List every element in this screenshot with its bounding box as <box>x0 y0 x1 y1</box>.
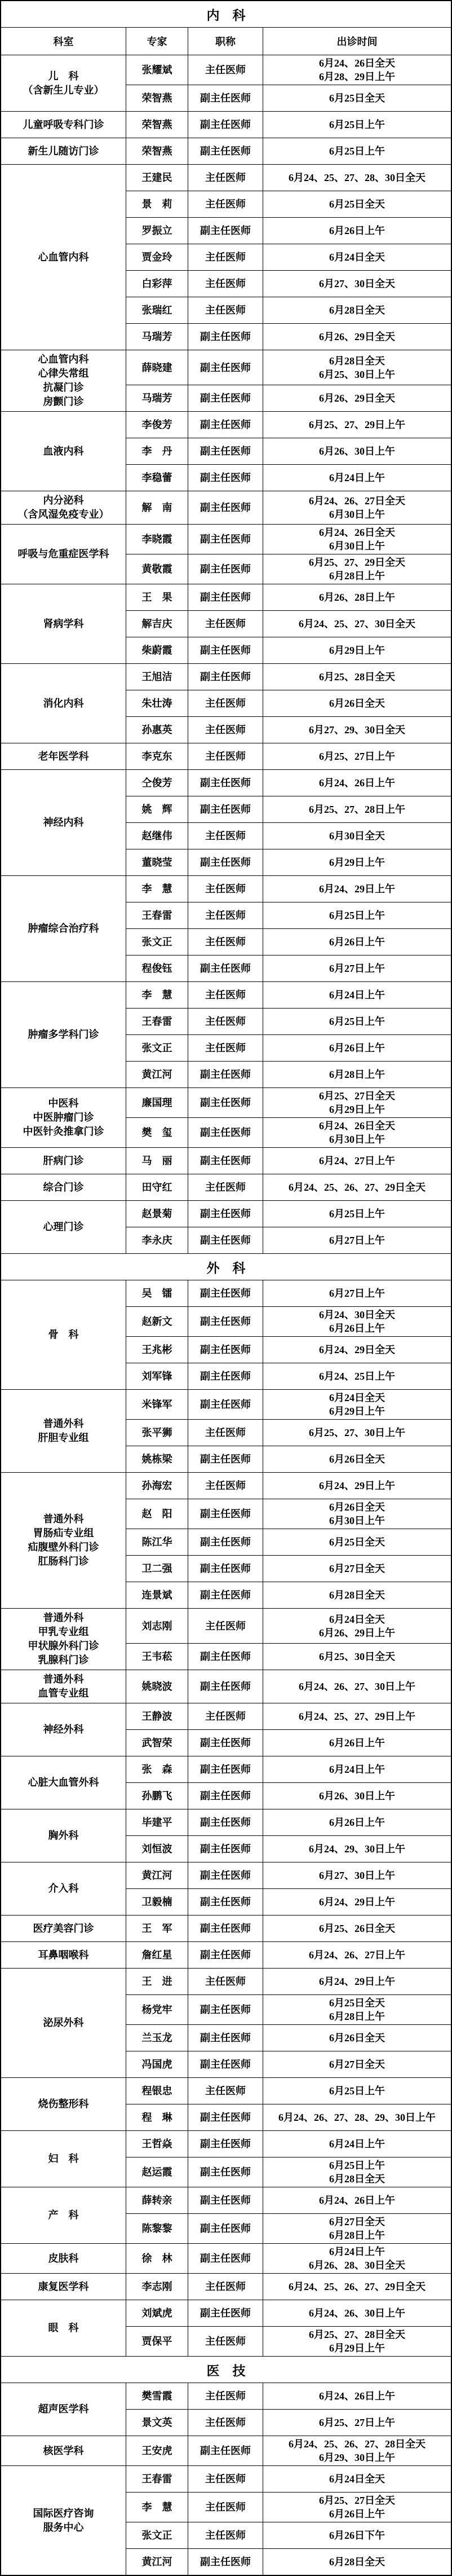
department-cell: 血液内科 <box>1 412 126 491</box>
column-header-cell: 职称 <box>188 28 263 55</box>
doctor-rows: 徐 林副主任医师6月24日上午6月26、28、30日全天 <box>126 2244 451 2273</box>
doctor-row: 程俊钰副主任医师6月27日上午 <box>126 955 451 981</box>
doctor-name: 卫毅楠 <box>126 1889 188 1915</box>
department-group: 心血管内科心律失常组抗凝门诊房颤门诊薛晓建副主任医师6月28日全天6月25、30… <box>1 350 451 411</box>
doctor-name: 卫二强 <box>126 1556 188 1582</box>
doctor-name: 赵 阳 <box>126 1499 188 1529</box>
doctor-row: 赵 阳副主任医师6月26日全天6月30日上午 <box>126 1499 451 1529</box>
doctor-title: 副主任医师 <box>188 1201 263 1227</box>
department-group: 新生儿随访门诊荣智燕副主任医师6月25日上午 <box>1 138 451 164</box>
visit-time: 6月24、26日全天6月28、29日上午 <box>263 55 451 85</box>
visit-time: 6月25、27、28日上午 <box>263 796 451 822</box>
visit-time: 6月25、26日全天 <box>263 1916 451 1941</box>
doctor-row: 王春雷主任医师6月24日全天 <box>126 2466 451 2492</box>
doctor-name: 孙海宏 <box>126 1473 188 1499</box>
doctor-row: 解吉庆主任医师6月24、25、27、30日全天 <box>126 610 451 637</box>
department-cell: 心脏大血管外科 <box>1 1756 126 1809</box>
doctor-row: 张文正主任医师6月26日上午 <box>126 928 451 955</box>
department-label-line: 产 科 <box>48 2208 79 2222</box>
visit-time-line: 6月24、25、26、27、28日全天 <box>289 2437 426 2451</box>
visit-time-line: 6月26、28日上午 <box>319 591 395 604</box>
department-group: 心血管内科王建民主任医师6月24、25、27、28、30日全天景 莉主任医师6月… <box>1 164 451 350</box>
doctor-name: 程俊钰 <box>126 955 188 981</box>
visit-time-line: 6月24、29日上午 <box>319 1895 395 1909</box>
visit-time: 6月24日全天 <box>263 244 451 270</box>
doctor-name: 姚晓波 <box>126 1670 188 1703</box>
doctor-name: 王哲焱 <box>126 2131 188 2157</box>
doctor-name: 贾金玲 <box>126 244 188 270</box>
visit-time-line: 6月24日全天 <box>329 2472 385 2486</box>
visit-time-line: 6月27日全天 <box>329 1562 385 1575</box>
visit-time: 6月24、25、27、30日全天 <box>263 611 451 637</box>
visit-time-line: 6月25、30日上午 <box>319 368 395 381</box>
visit-time-line: 6月25、27、29日上午 <box>309 418 405 431</box>
visit-time-line: 6月25日上午 <box>329 1015 385 1028</box>
visit-time: 6月24、25、26、27、29日全天 <box>263 1174 451 1200</box>
doctor-name: 程 琳 <box>126 2104 188 2130</box>
department-group: 呼吸与危重症医学科李晓霞副主任医师6月24、26日全天6月30日上午黄敬霞副主任… <box>1 524 451 584</box>
doctor-name: 王春雷 <box>126 1009 188 1034</box>
visit-time: 6月25日上午 <box>263 1009 451 1034</box>
visit-time: 6月28日上午 <box>263 1062 451 1087</box>
doctor-title: 副主任医师 <box>188 637 263 663</box>
visit-time-line: 6月28日全天 <box>329 1588 385 1602</box>
doctor-name: 米锋军 <box>126 1390 188 1419</box>
doctor-rows: 荣智燕副主任医师6月25日上午 <box>126 112 451 138</box>
visit-time-line: 6月27日上午 <box>329 962 385 975</box>
visit-time-line: 6月24日上午 <box>329 1763 385 1776</box>
doctor-title: 主任医师 <box>188 244 263 270</box>
visit-time: 6月26日下午 <box>263 2522 451 2548</box>
doctor-name: 白彩萍 <box>126 271 188 297</box>
visit-time: 6月25日上午6月28日全天 <box>263 2157 451 2187</box>
visit-time-line: 6月29日上午 <box>329 856 385 869</box>
doctor-title: 副主任医师 <box>188 1783 263 1809</box>
doctor-title: 副主任医师 <box>188 554 263 584</box>
doctor-row: 孙鹏飞副主任医师6月26、30日上午 <box>126 1782 451 1809</box>
doctor-title: 主任医师 <box>188 165 263 191</box>
visit-time-line: 6月25、27、28日上午 <box>309 803 405 816</box>
visit-time-line: 6月29日上午 <box>329 1103 385 1116</box>
department-label-line: 肿瘤多学科门诊 <box>28 1028 99 1042</box>
visit-time-line: 6月25、30日全天 <box>319 1650 395 1663</box>
department-label-line: 心脏大血管外科 <box>28 1776 99 1790</box>
visit-time-line: 6月24、26、27日上午 <box>309 1948 405 1962</box>
doctor-rows: 薛转亲副主任医师6月24、26日上午陈黎黎副主任医师6月27日全天6月28日上午 <box>126 2187 451 2243</box>
doctor-name: 王静波 <box>126 1703 188 1729</box>
doctor-title: 副主任医师 <box>188 2300 263 2326</box>
department-label-line: 介入科 <box>48 1882 79 1896</box>
department-cell: 心血管内科心律失常组抗凝门诊房颤门诊 <box>1 350 126 411</box>
department-label-line: 内分泌科 <box>43 494 84 508</box>
visit-time: 6月24日上午 <box>263 1756 451 1782</box>
doctor-row: 赵运霞副主任医师6月25日上午6月28日全天 <box>126 2157 451 2187</box>
doctor-name: 王建民 <box>126 165 188 191</box>
doctor-row: 刘志刚主任医师6月24日全天6月26、29日上午 <box>126 1609 451 1643</box>
department-cell: 消化内科 <box>1 664 126 743</box>
visit-time-line: 6月26日全天 <box>329 1500 385 1514</box>
visit-time-line: 6月24、25、26、27、29日全天 <box>289 2280 426 2293</box>
doctor-title: 副主任医师 <box>188 2187 263 2213</box>
doctor-title: 副主任医师 <box>188 2549 263 2575</box>
doctor-row: 张文正主任医师6月26日上午 <box>126 1034 451 1061</box>
doctor-row: 王 军副主任医师6月25、26日全天 <box>126 1916 451 1941</box>
department-group: 综合门诊田守红主任医师6月24、25、26、27、29日全天 <box>1 1174 451 1200</box>
doctor-row: 詹红星副主任医师6月24、26、27日上午 <box>126 1942 451 1968</box>
doctor-row: 贾金玲主任医师6月24日全天 <box>126 244 451 270</box>
doctor-row: 毕建平副主任医师6月26日上午 <box>126 1809 451 1835</box>
visit-time: 6月24、26、30日上午 <box>263 2300 451 2326</box>
department-cell: 普通外科胃肠疝专业组疝腹壁外科门诊肛肠科门诊 <box>1 1473 126 1608</box>
visit-time: 6月24、29日全天 <box>263 1337 451 1363</box>
doctor-title: 副主任医师 <box>188 438 263 464</box>
department-cell: 心理门诊 <box>1 1201 126 1253</box>
department-group: 普通外科甲乳专业组甲状腺外科门诊乳腺科门诊刘志刚主任医师6月24日全天6月26、… <box>1 1608 451 1670</box>
department-cell: 胸外科 <box>1 1809 126 1862</box>
doctor-title: 主任医师 <box>188 823 263 849</box>
doctor-row: 荣智燕副主任医师6月25日上午 <box>126 112 451 138</box>
doctor-row: 柴蔚霞副主任医师6月29日上午 <box>126 637 451 663</box>
department-label-line: 康复医学科 <box>38 2280 89 2294</box>
visit-time-line: 6月26日全天 <box>329 2031 385 2045</box>
department-label-line: 肾病学科 <box>43 617 84 631</box>
doctor-name: 李 慧 <box>126 2493 188 2522</box>
doctor-name: 李 丹 <box>126 438 188 464</box>
doctor-name: 景文英 <box>126 2410 188 2436</box>
doctor-rows: 李俊芳副主任医师6月25、27、29日上午李 丹副主任医师6月26、30日上午李… <box>126 412 451 491</box>
visit-time-line: 6月28日上午 <box>329 2010 385 2023</box>
doctor-name: 景 莉 <box>126 191 188 217</box>
department-label-line: 普通外科 <box>43 1611 84 1625</box>
doctor-name: 王 军 <box>126 1916 188 1941</box>
doctor-title: 副主任医师 <box>188 1390 263 1419</box>
doctor-name: 解 南 <box>126 491 188 524</box>
doctor-title: 副主任医师 <box>188 1809 263 1835</box>
department-group: 妇 科王哲焱副主任医师6月24日上午赵运霞副主任医师6月25日上午6月28日全天 <box>1 2130 451 2187</box>
doctor-name: 马 丽 <box>126 1148 188 1174</box>
doctor-name: 张平狮 <box>126 1420 188 1446</box>
doctor-name: 冯国虎 <box>126 2051 188 2077</box>
visit-time: 6月24、26日上午 <box>263 2187 451 2213</box>
doctor-title: 副主任医师 <box>188 770 263 796</box>
department-cell: 中医科中医肿瘤门诊中医针灸推拿门诊 <box>1 1088 126 1147</box>
department-cell: 新生儿随访门诊 <box>1 138 126 164</box>
department-group: 血液内科李俊芳副主任医师6月25、27、29日上午李 丹副主任医师6月26、30… <box>1 411 451 491</box>
visit-time-line: 6月24、26、27、28、29、30日上午 <box>278 2111 436 2124</box>
doctor-title: 副主任医师 <box>188 1582 263 1608</box>
visit-time: 6月24、29日上午 <box>263 1969 451 1994</box>
department-label-line: 肛肠科门诊 <box>38 1555 89 1569</box>
visit-time: 6月24、25日上午 <box>263 1363 451 1389</box>
doctor-row: 王建民主任医师6月24、25、27、28、30日全天 <box>126 165 451 191</box>
doctor-rows: 张 森副主任医师6月24日上午孙鹏飞副主任医师6月26、30日上午 <box>126 1756 451 1809</box>
visit-time: 6月25、27、29日全天6月28日上午 <box>263 554 451 584</box>
doctor-name: 赵新文 <box>126 1307 188 1336</box>
visit-time: 6月24日全天 <box>263 2466 451 2492</box>
department-group: 肿瘤综合治疗科李 慧主任医师6月24、29日上午王春雷主任医师6月25日上午张文… <box>1 875 451 981</box>
visit-time: 6月26日上午 <box>263 1809 451 1835</box>
doctor-title: 副主任医师 <box>188 2244 263 2273</box>
doctor-row: 李稳蕾副主任医师6月24日上午 <box>126 464 451 491</box>
doctor-row: 姚 辉副主任医师6月25、27、28日上午 <box>126 796 451 822</box>
doctor-name: 王 果 <box>126 584 188 610</box>
doctor-row: 冯国虎副主任医师6月27日全天 <box>126 2051 451 2077</box>
department-cell: 肝病门诊 <box>1 1148 126 1174</box>
department-group: 产 科薛转亲副主任医师6月24、26日上午陈黎黎副主任医师6月27日全天6月28… <box>1 2187 451 2243</box>
doctor-rows: 吴 镭副主任医师6月27日上午赵新文副主任医师6月24、30日全天6月26日上午… <box>126 1280 451 1389</box>
doctor-title: 主任医师 <box>188 55 263 85</box>
doctor-name: 刘志刚 <box>126 1609 188 1643</box>
doctor-row: 刘斌虎副主任医师6月24、26、30日上午 <box>126 2300 451 2326</box>
doctor-rows: 仝俊芳副主任医师6月24、26日上午姚 辉副主任医师6月25、27、28日上午赵… <box>126 770 451 875</box>
doctor-name: 兰玉龙 <box>126 2025 188 2051</box>
doctor-title: 副主任医师 <box>188 218 263 244</box>
visit-time-line: 6月24、26日上午 <box>319 2194 395 2207</box>
department-group: 介入科黄江河副主任医师6月27、30日上午卫毅楠副主任医师6月24、29日上午 <box>1 1862 451 1915</box>
doctor-name: 武智荣 <box>126 1730 188 1756</box>
department-group: 核医学科王安虎副主任医师6月24、25、26、27、28日全天6月29、30日上… <box>1 2436 451 2465</box>
doctor-name: 赵继伟 <box>126 823 188 849</box>
doctor-title: 副主任医师 <box>188 1916 263 1941</box>
department-label-line: 儿 科 <box>48 69 79 83</box>
department-label-line: 中医针灸推拿门诊 <box>23 1125 104 1139</box>
department-cell: 心血管内科 <box>1 165 126 350</box>
visit-time: 6月24、26、27日上午 <box>263 1942 451 1968</box>
doctor-title: 副主任医师 <box>188 1836 263 1862</box>
department-cell: 老年医学科 <box>1 743 126 769</box>
doctor-title: 主任医师 <box>188 2327 263 2356</box>
department-group: 普通外科肝胆专业组米锋军副主任医师6月24日全天6月29日上午张平狮主任医师6月… <box>1 1389 451 1472</box>
visit-time: 6月24、26、27日全天6月30日上午 <box>263 491 451 524</box>
visit-time: 6月26、28日上午 <box>263 584 451 610</box>
department-label-line: 中医科 <box>48 1097 79 1111</box>
visit-time: 6月25日全天 <box>263 191 451 217</box>
doctor-name: 张瑞红 <box>126 297 188 323</box>
doctor-title: 主任医师 <box>188 1473 263 1499</box>
department-label-line: 甲状腺外科门诊 <box>28 1639 99 1653</box>
visit-time: 6月26日全天 <box>263 2025 451 2051</box>
visit-time: 6月27日上午 <box>263 1280 451 1306</box>
visit-time-line: 6月25日上午 <box>329 2084 385 2098</box>
visit-time: 6月24日上午 <box>263 982 451 1008</box>
doctor-name: 孙鹏飞 <box>126 1783 188 1809</box>
department-group: 国际医疗咨询服务中心王春雷主任医师6月24日全天李 慧主任医师6月25、27日全… <box>1 2465 451 2575</box>
department-label-line: 肝胆专业组 <box>38 1431 89 1445</box>
visit-time: 6月25日上午 <box>263 1201 451 1227</box>
doctor-title: 主任医师 <box>188 929 263 955</box>
doctor-rows: 詹红星副主任医师6月24、26、27日上午 <box>126 1942 451 1968</box>
visit-time-line: 6月24、25、27、28、30日全天 <box>289 171 426 184</box>
visit-time-line: 6月24日上午 <box>329 2245 385 2258</box>
doctor-row: 马瑞芳副主任医师6月26、29日全天 <box>126 385 451 411</box>
doctor-name: 程银忠 <box>126 2078 188 2104</box>
doctor-title: 副主任医师 <box>188 1995 263 2024</box>
department-cell: 肿瘤综合治疗科 <box>1 876 126 981</box>
visit-time-line: 6月25日全天 <box>329 1996 385 2010</box>
doctor-title: 副主任医师 <box>188 525 263 554</box>
doctor-rows: 王春雷主任医师6月24日全天李 慧主任医师6月25、27日全天6月26日上午张文… <box>126 2466 451 2575</box>
doctor-name: 荣智燕 <box>126 85 188 111</box>
department-group: 皮肤科徐 林副主任医师6月24日上午6月26、28、30日全天 <box>1 2243 451 2273</box>
doctor-row: 孙惠英主任医师6月27、29、30日全天 <box>126 716 451 743</box>
doctor-title: 副主任医师 <box>188 465 263 491</box>
department-cell: 康复医学科 <box>1 2274 126 2300</box>
doctor-title: 副主任医师 <box>188 138 263 164</box>
visit-time: 6月24日全天6月29日上午 <box>263 1390 451 1419</box>
visit-time-line: 6月25日全天 <box>329 91 385 105</box>
doctor-row: 刘军锋副主任医师6月24、25日上午 <box>126 1363 451 1389</box>
doctor-title: 副主任医师 <box>188 1148 263 1174</box>
doctor-name: 王 进 <box>126 1969 188 1994</box>
doctor-name: 樊雪霞 <box>126 2383 188 2409</box>
doctor-row: 朱壮涛主任医师6月26日全天 <box>126 690 451 716</box>
department-label-line: 服务中心 <box>43 2521 84 2535</box>
doctor-rows: 米锋军副主任医师6月24日全天6月29日上午张平狮主任医师6月25、27、30日… <box>126 1390 451 1472</box>
visit-time: 6月24、25、27、29日上午 <box>263 1703 451 1729</box>
department-label-line: 耳鼻咽喉科 <box>38 1948 89 1962</box>
doctor-row: 米锋军副主任医师6月24日全天6月29日上午 <box>126 1390 451 1419</box>
doctor-title: 副主任医师 <box>188 2051 263 2077</box>
doctor-row: 张文正主任医师6月26日下午 <box>126 2522 451 2548</box>
visit-time: 6月25、28日全天 <box>263 664 451 690</box>
doctor-name: 黄江河 <box>126 2549 188 2575</box>
doctor-title: 副主任医师 <box>188 1756 263 1782</box>
visit-time-line: 6月24、29日上午 <box>319 882 395 896</box>
department-label-line: 综合门诊 <box>43 1181 84 1195</box>
doctor-name: 徐 林 <box>126 2244 188 2273</box>
department-label-line: 甲乳专业组 <box>38 1625 89 1639</box>
department-label-line: 皮肤科 <box>48 2252 79 2266</box>
doctor-row: 景 莉主任医师6月25日全天 <box>126 191 451 217</box>
section-title: 医 技 <box>1 2356 451 2383</box>
doctor-name: 黄敬霞 <box>126 554 188 584</box>
department-label-line: 普通外科 <box>43 1512 84 1526</box>
doctor-title: 主任医师 <box>188 611 263 637</box>
doctor-row: 董晓莹副主任医师6月29日上午 <box>126 849 451 875</box>
section-title: 内 科 <box>1 1 451 27</box>
doctor-rows: 王旭洁副主任医师6月25、28日全天朱壮涛主任医师6月26日全天孙惠英主任医师6… <box>126 664 451 743</box>
doctor-name: 马瑞芳 <box>126 385 188 411</box>
visit-time-line: 6月26日上午 <box>329 1041 385 1055</box>
doctor-rows: 刘斌虎副主任医师6月24、26、30日上午贾保平主任医师6月25、27、28日全… <box>126 2300 451 2356</box>
visit-time: 6月24、29日上午 <box>263 1473 451 1499</box>
department-label-line: 骨 科 <box>48 1328 79 1342</box>
visit-time-line: 6月26日全天 <box>329 697 385 710</box>
doctor-title: 副主任医师 <box>188 1363 263 1389</box>
visit-time-line: 6月26日上午 <box>329 1736 385 1750</box>
doctor-name: 荣智燕 <box>126 138 188 164</box>
doctor-title: 副主任医师 <box>188 385 263 411</box>
visit-time: 6月24、29日上午 <box>263 1889 451 1915</box>
doctor-name: 孙惠英 <box>126 717 188 743</box>
doctor-name: 樊 玺 <box>126 1118 188 1147</box>
department-label-line: 疝腹壁外科门诊 <box>28 1540 99 1555</box>
doctor-row: 马瑞芳副主任医师6月26、29日全天 <box>126 323 451 350</box>
doctor-row: 连景斌副主任医师6月28日全天 <box>126 1582 451 1608</box>
visit-time-line: 6月24、25、26、27、29日全天 <box>289 1181 426 1194</box>
department-label-line: 新生儿随访门诊 <box>28 144 99 158</box>
doctor-title: 主任医师 <box>188 191 263 217</box>
visit-time-line: 6月28日全天 <box>329 303 385 317</box>
visit-time: 6月24日上午 <box>263 2131 451 2157</box>
visit-time-line: 6月25日全天 <box>329 197 385 211</box>
doctor-title: 副主任医师 <box>188 324 263 350</box>
doctor-title: 副主任医师 <box>188 1337 263 1363</box>
doctor-rows: 李 慧主任医师6月24、29日上午王春雷主任医师6月25日上午张文正主任医师6月… <box>126 876 451 981</box>
doctor-name: 张文正 <box>126 2522 188 2548</box>
doctor-row: 卫毅楠副主任医师6月24、29日上午 <box>126 1888 451 1915</box>
doctor-name: 杨党牢 <box>126 1995 188 2024</box>
department-label-line: 普通外科 <box>43 1672 84 1686</box>
doctor-row: 李 丹副主任医师6月26、30日上午 <box>126 438 451 464</box>
visit-time-line: 6月25日上午 <box>329 2159 385 2172</box>
department-label-line: 血液内科 <box>43 444 84 459</box>
visit-time-line: 6月28日上午 <box>329 1068 385 1081</box>
department-cell: 综合门诊 <box>1 1174 126 1200</box>
visit-time: 6月24、25、27、28、30日全天 <box>263 165 451 191</box>
department-label-line: 胃肠疝专业组 <box>33 1526 94 1540</box>
doctor-row: 张 森副主任医师6月24日上午 <box>126 1756 451 1782</box>
doctor-title: 主任医师 <box>188 2493 263 2522</box>
doctor-rows: 王安虎副主任医师6月24、25、26、27、28日全天6月29、30日上午 <box>126 2436 451 2465</box>
doctor-name: 李晓霞 <box>126 525 188 554</box>
doctor-title: 副主任医师 <box>188 1670 263 1703</box>
doctor-title: 副主任医师 <box>188 796 263 822</box>
department-group: 超声医学科樊雪霞主任医师6月24、26日上午景文英主任医师6月25、27日上午 <box>1 2383 451 2436</box>
doctor-row: 兰玉龙副主任医师6月26日全天 <box>126 2024 451 2051</box>
doctor-title: 主任医师 <box>188 717 263 743</box>
visit-time-line: 6月24、26日上午 <box>319 776 395 790</box>
doctor-row: 王旭洁副主任医师6月25、28日全天 <box>126 664 451 690</box>
department-cell: 核医学科 <box>1 2436 126 2465</box>
department-group: 神经内科仝俊芳副主任医师6月24、26日上午姚 辉副主任医师6月25、27、28… <box>1 769 451 875</box>
department-label-line: 神经内科 <box>43 816 84 830</box>
department-group: 老年医学科李克东主任医师6月25、27日上午 <box>1 743 451 769</box>
doctor-row: 荣智燕副主任医师6月25日上午 <box>126 138 451 164</box>
department-cell: 神经内科 <box>1 770 126 875</box>
visit-time: 6月27、30日上午 <box>263 1862 451 1888</box>
visit-time: 6月24、30日全天6月26日上午 <box>263 1307 451 1336</box>
department-group: 肾病学科王 果副主任医师6月26、28日上午解吉庆主任医师6月24、25、27、… <box>1 584 451 663</box>
visit-time-line: 6月26日上午 <box>329 224 385 237</box>
doctor-row: 李志刚主任医师6月24、25、26、27、29日全天 <box>126 2274 451 2300</box>
doctor-title: 副主任医师 <box>188 1280 263 1306</box>
department-label-line: 核医学科 <box>43 2444 84 2458</box>
doctor-rows: 樊雪霞主任医师6月24、26日上午景文英主任医师6月25、27日上午 <box>126 2383 451 2436</box>
department-group: 康复医学科李志刚主任医师6月24、25、26、27、29日全天 <box>1 2273 451 2300</box>
department-cell: 神经外科 <box>1 1703 126 1756</box>
doctor-title: 副主任医师 <box>188 584 263 610</box>
visit-time-line: 6月26、30日上午 <box>319 444 395 458</box>
visit-time: 6月24日上午 <box>263 465 451 491</box>
department-cell: 儿童呼吸专科门诊 <box>1 112 126 138</box>
department-group: 眼 科刘斌虎副主任医师6月24、26、30日上午贾保平主任医师6月25、27、2… <box>1 2300 451 2356</box>
doctor-title: 主任医师 <box>188 1609 263 1643</box>
visit-time-line: 6月25日全天 <box>329 1535 385 1549</box>
doctor-name: 王兆彬 <box>126 1337 188 1363</box>
visit-time: 6月24日全天6月26、29日上午 <box>263 1609 451 1643</box>
doctor-name: 王安虎 <box>126 2436 188 2465</box>
visit-time-line: 6月27日上午 <box>329 1234 385 1247</box>
visit-time-line: 6月25、27日全天 <box>319 2494 395 2507</box>
doctor-name: 刘恒波 <box>126 1836 188 1862</box>
visit-time-line: 6月26、29日全天 <box>319 391 395 405</box>
doctor-title: 主任医师 <box>188 2466 263 2492</box>
doctor-rows: 黄江河副主任医师6月27、30日上午卫毅楠副主任医师6月24、29日上午 <box>126 1862 451 1915</box>
department-group: 神经外科王静波主任医师6月24、25、27、29日上午武智荣副主任医师6月26日… <box>1 1703 451 1756</box>
doctor-row: 程 琳副主任医师6月24、26、27、28、29、30日上午 <box>126 2104 451 2130</box>
department-cell: 介入科 <box>1 1862 126 1915</box>
